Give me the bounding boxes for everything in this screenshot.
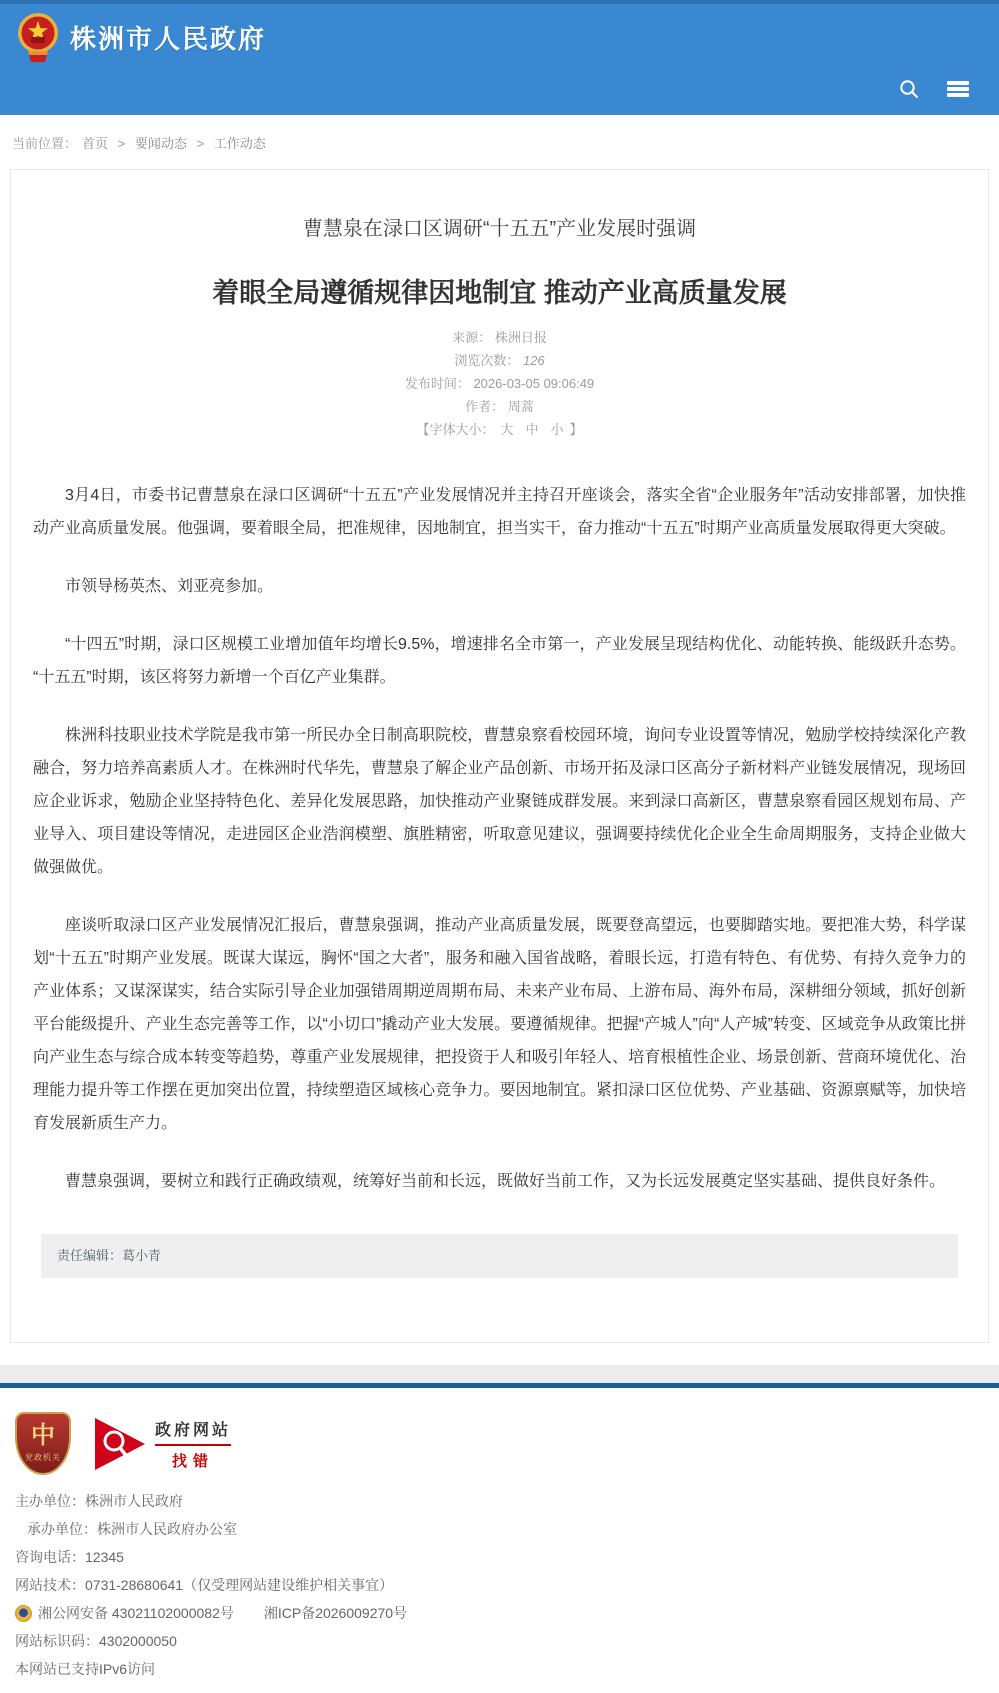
- meta-views: 浏览次数： 126: [11, 349, 988, 372]
- footer-line: 湘公网安备 43021102000082号湘ICP备2026009270号: [15, 1599, 984, 1627]
- article-subtitle: 曹慧泉在渌口区调研“十五五”产业发展时强调: [41, 212, 958, 241]
- national-emblem-icon: [16, 12, 60, 62]
- site-error-report-badge[interactable]: 政府网站 找错: [95, 1417, 231, 1471]
- breadcrumb-separator: >: [193, 136, 208, 151]
- article-paragraph: 3月4日，市委书记曹慧泉在渌口区调研“十五五”产业发展情况并主持召开座谈会，落实…: [33, 479, 966, 545]
- meta-pubdate: 发布时间： 2026-03-05 09:06:49: [11, 372, 988, 395]
- footer-line: 承办单位：株洲市人民政府办公室: [15, 1515, 984, 1543]
- article-meta: 来源： 株洲日报 浏览次数： 126 发布时间： 2026-03-05 09:0…: [11, 326, 988, 441]
- breadcrumb-items: 首页 > 要闻动态 > 工作动态: [77, 136, 271, 151]
- footer-line: 咨询电话：12345: [15, 1543, 984, 1571]
- breadcrumb-item[interactable]: 工作动态: [214, 136, 266, 151]
- article-paragraph: “十四五”时期，渌口区规模工业增加值年均增长9.5%，增速排名全市第一，产业发展…: [33, 628, 966, 694]
- party-government-badge[interactable]: 中 党政机关: [15, 1412, 71, 1475]
- site-title: 株洲市人民政府: [70, 19, 266, 56]
- editor-bar: 责任编辑：葛小青: [41, 1234, 958, 1278]
- breadcrumb-item[interactable]: 要闻动态: [135, 136, 187, 151]
- menu-icon[interactable]: [947, 81, 969, 97]
- footer-lines: 主办单位：株洲市人民政府承办单位：株洲市人民政府办公室咨询电话：12345网站技…: [15, 1487, 984, 1683]
- site-footer: 中 党政机关 政府网站 找错 主办单位：株洲市人民政府承办单位：株洲市人民政府办…: [0, 1388, 999, 1693]
- article-paragraph: 株洲科技职业技术学院是我市第一所民办全日制高职院校，曹慧泉察看校园环境，询问专业…: [33, 719, 966, 884]
- article-paragraph: 市领导杨英杰、刘亚亮参加。: [33, 570, 966, 603]
- fontsize-option[interactable]: 中: [525, 422, 538, 437]
- editor-name: 葛小青: [122, 1248, 161, 1263]
- search-icon[interactable]: [899, 79, 919, 99]
- fontsize-option[interactable]: 小: [551, 422, 564, 437]
- article-paragraph: 座谈听取渌口区产业发展情况汇报后，曹慧泉强调，推动产业高质量发展，既要登高望远，…: [33, 909, 966, 1140]
- article-title: 着眼全局遵循规律因地制宜 推动产业高质量发展: [41, 271, 958, 310]
- fontsize-options: 大中小: [494, 422, 569, 437]
- party-badge-emblem-icon: 中: [31, 1424, 55, 1448]
- footer-line: 主办单位：株洲市人民政府: [15, 1487, 984, 1515]
- article-body: 3月4日，市委书记曹慧泉在渌口区调研“十五五”产业发展情况并主持召开座谈会，落实…: [11, 441, 988, 1198]
- error-report-flag-icon: [95, 1418, 147, 1470]
- footer-line: 网站技术：0731-28680641（仅受理网站建设维护相关事宜）: [15, 1571, 984, 1599]
- footer-line: 网站标识码：4302000050: [15, 1627, 984, 1655]
- footer-badges: 中 党政机关 政府网站 找错: [15, 1412, 984, 1475]
- editor-label: 责任编辑：: [57, 1248, 122, 1263]
- footer-line: 本网站已支持IPv6访问: [15, 1655, 984, 1683]
- breadcrumb: 当前位置：首页 > 要闻动态 > 工作动态: [0, 115, 999, 167]
- breadcrumb-item[interactable]: 首页: [82, 136, 108, 151]
- meta-fontsize: 【字体大小：大中小】: [11, 418, 988, 441]
- fontsize-option[interactable]: 大: [500, 422, 513, 437]
- police-badge-icon: [15, 1605, 32, 1622]
- site-brand[interactable]: 株洲市人民政府: [0, 4, 999, 62]
- page-bottom-band: [0, 1365, 999, 1383]
- meta-author: 作者： 周蒿: [11, 395, 988, 418]
- article-card: 曹慧泉在渌口区调研“十五五”产业发展时强调 着眼全局遵循规律因地制宜 推动产业高…: [10, 169, 989, 1343]
- article-paragraph: 曹慧泉强调，要树立和践行正确政绩观，统筹好当前和长远，既做好当前工作，又为长远发…: [33, 1165, 966, 1198]
- site-header: 株洲市人民政府: [0, 4, 999, 115]
- meta-source: 来源： 株洲日报: [11, 326, 988, 349]
- breadcrumb-separator: >: [114, 136, 129, 151]
- breadcrumb-label: 当前位置：: [12, 136, 77, 151]
